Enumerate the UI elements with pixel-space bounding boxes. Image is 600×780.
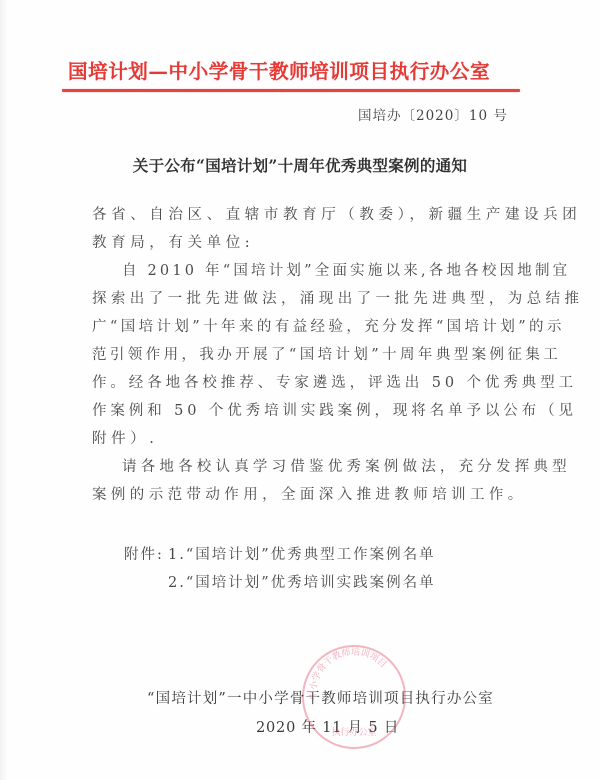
body-line: 广“国培计划”十年来的有益经验，充分发挥“国培计划”的示 (92, 317, 565, 337)
body-line: 附件）. (92, 429, 159, 449)
letterhead-red-rule (62, 89, 520, 92)
body-line: 各省、自治区、直辖市教育厅（教委），新疆生产建设兵团 (92, 205, 581, 225)
letterhead-title: 国培计划—中小学骨干教师培训项目执行办公室 (68, 56, 538, 84)
body-line: 探索出了一批先进做法，涌现出了一批先进典型，为总结推 (92, 289, 583, 309)
notice-title: 关于公布“国培计划”十周年优秀典型案例的通知 (0, 154, 600, 176)
body-line: 教育局，有关单位: (92, 233, 254, 253)
body-line: 案例的示范带动作用，全面深入推进教师培训工作。 (92, 485, 527, 505)
document-page: 国培计划—中小学骨干教师培训项目执行办公室 国培办〔2020〕10 号 关于公布… (0, 0, 600, 780)
body-line: 范引领作用，我办开展了“国培计划”十周年典型案例征集工 (92, 345, 561, 365)
attachment-item[interactable]: 2.“国培计划”优秀培训实践案例名单 (168, 573, 436, 593)
body-line: 请各地各校认真学习借鉴优秀案例做法，充分发挥典型 (122, 457, 571, 477)
signature-date: 2020 年 11 月 5 日 (256, 718, 399, 738)
body-line: 作案例和 50 个优秀培训实践案例，现将名单予以公布（见 (92, 401, 577, 421)
body-line: 作。经各地各校推荐、专家遴选，评选出 50 个优秀典型工 (92, 373, 577, 393)
body-line: 自 2010 年“国培计划”全面实施以来,各地各校因地制宜 (122, 261, 570, 281)
attachments-label: 附件: (124, 545, 164, 565)
attachment-item[interactable]: 1.“国培计划”优秀典型工作案例名单 (168, 545, 436, 565)
page-edge (0, 0, 8, 780)
document-number: 国培办〔2020〕10 号 (358, 104, 508, 124)
signature-organization: “国培计划”一中小学骨干教师培训项目执行办公室 (147, 689, 494, 709)
